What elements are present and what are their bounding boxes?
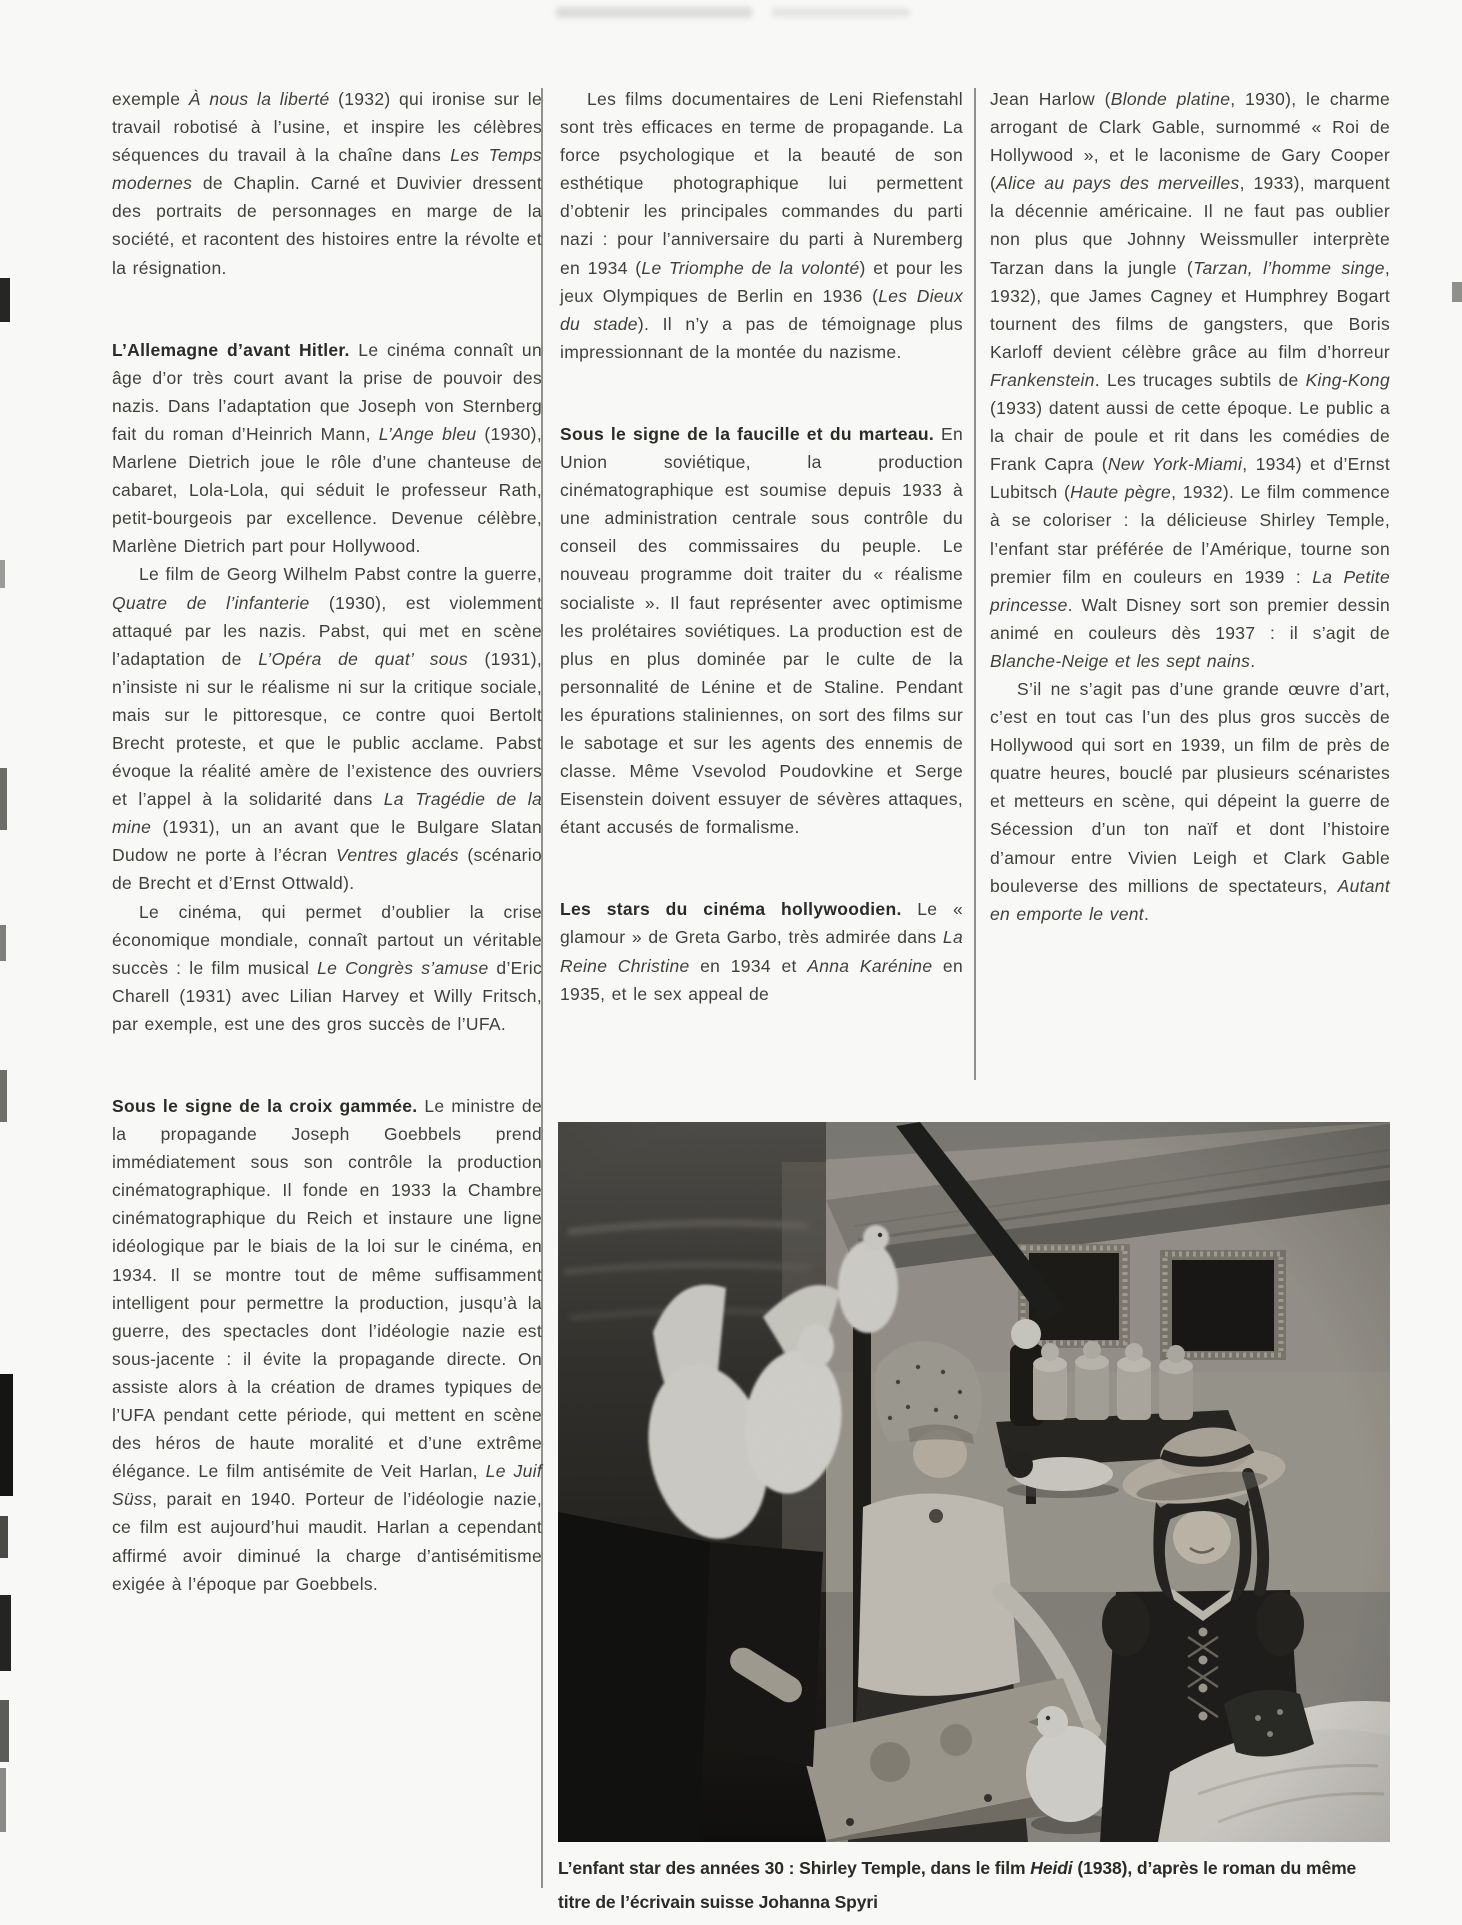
section-heading-paragraph: Sous le signe de la croix gammée. Le min… — [112, 1092, 542, 1598]
scan-artifact — [0, 1700, 9, 1762]
scan-artifact — [0, 1768, 6, 1832]
paragraph: Jean Harlow (Blonde platine, 1930), le c… — [990, 85, 1390, 675]
scan-artifact — [0, 925, 6, 961]
column-middle: Les films documentaires de Leni Riefenst… — [560, 85, 963, 1008]
scan-ghost-header — [556, 7, 752, 18]
section-heading-paragraph: L’Allemagne d’avant Hitler. Le cinéma co… — [112, 336, 542, 561]
paragraph: Les films documentaires de Leni Riefenst… — [560, 85, 963, 366]
column-right: Jean Harlow (Blonde platine, 1930), le c… — [990, 85, 1390, 928]
column-divider — [974, 88, 976, 1080]
paragraph: exemple À nous la liberté (1932) qui iro… — [112, 85, 542, 282]
scan-artifact — [0, 768, 7, 830]
scan-artifact — [0, 560, 5, 588]
scan-artifact — [0, 1516, 8, 1558]
paragraph: S’il ne s’agit pas d’une grande œuvre d’… — [990, 675, 1390, 928]
photo-caption: L’enfant star des années 30 : Shirley Te… — [558, 1852, 1372, 1919]
paragraph: Le cinéma, qui permet d’oublier la crise… — [112, 898, 542, 1038]
scan-artifact — [0, 278, 10, 322]
column-left: exemple À nous la liberté (1932) qui iro… — [112, 85, 542, 1598]
scan-artifact — [0, 1374, 13, 1496]
scan-artifact — [0, 1595, 11, 1671]
scan-artifact — [1452, 282, 1462, 302]
magazine-page: exemple À nous la liberté (1932) qui iro… — [0, 0, 1462, 1925]
photo-heidi-still — [558, 1122, 1390, 1842]
section-heading-paragraph: Les stars du cinéma hollywoodien. Le « g… — [560, 895, 963, 1007]
heidi-still-illustration — [558, 1122, 1390, 1842]
scan-artifact — [0, 1070, 7, 1122]
paragraph: Le film de Georg Wilhelm Pabst contre la… — [112, 560, 542, 897]
section-heading-paragraph: Sous le signe de la faucille et du marte… — [560, 420, 963, 841]
scan-ghost-header — [772, 8, 910, 17]
